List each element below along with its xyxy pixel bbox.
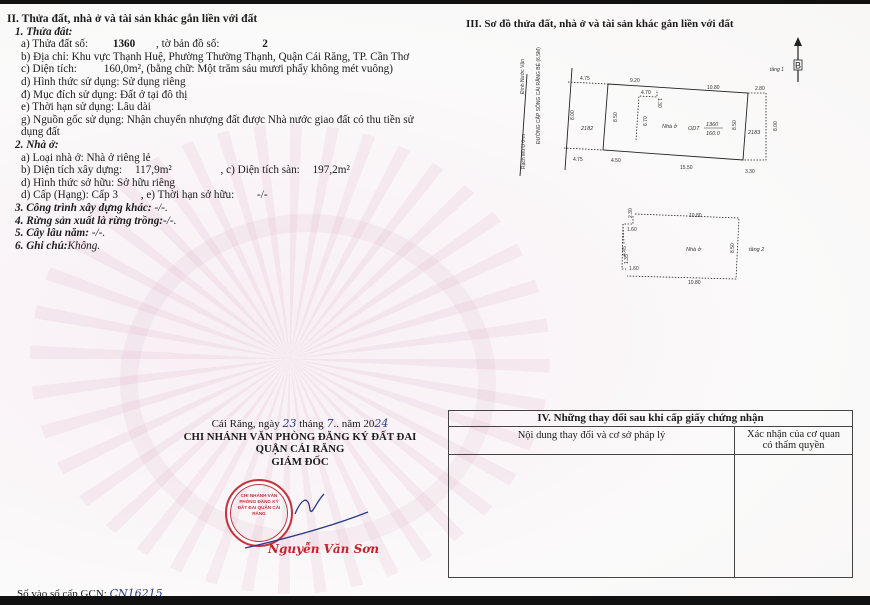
forest: 4. Rừng sản xuất là rừng trồng:-/-. <box>15 215 437 228</box>
svg-text:4.70: 4.70 <box>641 90 651 96</box>
section4-title: IV. Những thay đổi sau khi cấp giấy chứn… <box>449 411 852 427</box>
svg-text:8.00: 8.00 <box>570 110 576 120</box>
note: 6. Ghi chú:Không. <box>15 240 437 253</box>
svg-text:160.0: 160.0 <box>706 131 721 137</box>
signer-name: Nguyễn Văn Sơn <box>268 542 379 556</box>
area-label: c) Diện tích: <box>21 63 77 75</box>
svg-text:2182: 2182 <box>580 126 593 132</box>
changes-table: IV. Những thay đổi sau khi cấp giấy chứn… <box>448 410 853 578</box>
svg-text:2.80: 2.80 <box>755 86 765 92</box>
svg-text:Nhà ở: Nhà ở <box>686 246 702 253</box>
svg-text:Nhà ở: Nhà ở <box>662 123 678 130</box>
map-number: 2 <box>262 38 268 50</box>
svg-text:10.80: 10.80 <box>689 213 702 219</box>
grade-label: d) Cấp (Hạng): Cấp 3 <box>21 189 118 201</box>
col-confirmation: Xác nhận của cơ quan có thẩm quyền <box>735 427 852 454</box>
parcel-label: a) Thửa đất số: <box>21 38 88 50</box>
director-title: GIÁM ĐỐC <box>150 456 450 469</box>
ownership-row: d) Hình thức sở hữu: Sở hữu riêng <box>21 177 437 190</box>
perennial: 5. Cây lâu năm: -/-. <box>15 227 437 240</box>
floor-area-value: 197,2m² <box>313 164 350 176</box>
build-area-row: b) Diện tích xây dựng: 117,9m² , c) Diện… <box>21 164 437 177</box>
svg-text:8.50: 8.50 <box>730 243 736 253</box>
table-body <box>449 455 852 578</box>
build-area-label: b) Diện tích xây dựng: <box>21 164 122 176</box>
section2-title: II. Thửa đất, nhà ở và tài sản khác gắn … <box>7 13 437 26</box>
svg-text:ĐƯỜNG CẶP SÔNG CÁI RĂNG BÉ (6,: ĐƯỜNG CẶP SÔNG CÁI RĂNG BÉ (6,5M) <box>535 47 542 144</box>
svg-text:3.30: 3.30 <box>745 169 755 175</box>
svg-text:B: B <box>795 61 801 71</box>
svg-text:ODT: ODT <box>688 126 700 132</box>
svg-text:1.35: 1.35 <box>624 254 630 264</box>
svg-text:10.80: 10.80 <box>688 280 701 286</box>
area-row: c) Diện tích: 160,0m², (bằng chữ: Một tr… <box>21 63 437 76</box>
table-header: Nội dung thay đổi và cơ sở pháp lý Xác n… <box>449 427 852 455</box>
parcel-diagram: B Đình Nước Vận ĐƯỜNG CẶP SÔNG CÁI RĂNG … <box>440 34 870 304</box>
own-term-label: , e) Thời hạn sở hữu: <box>141 189 235 201</box>
svg-text:8.50: 8.50 <box>613 112 619 122</box>
cell-changes <box>449 455 735 578</box>
svg-text:2.30: 2.30 <box>628 208 634 218</box>
gcn-number: CN16215 <box>110 587 163 596</box>
svg-text:1.60: 1.60 <box>629 266 639 272</box>
svg-text:Đình Nước Vận: Đình Nước Vận <box>520 59 526 94</box>
issuing-office: CHI NHÁNH VĂN PHÒNG ĐĂNG KÝ ĐẤT ĐAI <box>150 431 450 444</box>
build-area-value: 117,9m² <box>135 164 172 176</box>
svg-text:4.75: 4.75 <box>573 157 583 163</box>
other-works: 3. Công trình xây dựng khác: -/-. <box>15 202 437 215</box>
svg-text:1.30: 1.30 <box>656 98 662 108</box>
svg-text:8.50: 8.50 <box>732 120 738 130</box>
land-heading: 1. Thửa đất: <box>15 26 437 39</box>
certificate-page: II. Thửa đất, nhà ở và tài sản khác gắn … <box>0 4 870 596</box>
svg-text:tầng 1: tầng 1 <box>770 67 784 73</box>
bottom-edge <box>0 596 870 605</box>
term-row: e) Thời hạn sử dụng: Lâu dài <box>21 101 437 114</box>
svg-text:10.80: 10.80 <box>707 85 720 91</box>
section-land-house: II. Thửa đất, nhà ở và tài sản khác gắn … <box>7 13 437 252</box>
north-arrow-icon: B <box>794 37 802 82</box>
origin-row: g) Nguồn gốc sử dụng: Nhận chuyển nhượng… <box>21 114 416 139</box>
cell-confirmation <box>735 455 852 578</box>
purpose-row: đ) Mục đích sử dụng: Đất ở tại đô thị <box>21 89 437 102</box>
date-month: 7 <box>326 417 333 430</box>
svg-text:Rạch Mù U 0-m: Rạch Mù U 0-m <box>521 134 527 169</box>
svg-text:1.60: 1.60 <box>627 227 637 233</box>
area-value: 160,0m², (bằng chữ: Một trăm sáu mươi ph… <box>104 63 393 75</box>
map-label: , tờ bản đồ số: <box>156 38 219 50</box>
svg-text:4.75: 4.75 <box>580 76 590 82</box>
svg-text:tầng 2: tầng 2 <box>749 247 764 253</box>
floor-area-label: , c) Diện tích sàn: <box>221 164 300 176</box>
parcel-number: 1360 <box>113 38 135 50</box>
address-row: b) Địa chỉ: Khu vực Thạnh Huệ, Phường Th… <box>21 51 437 64</box>
col-changes: Nội dung thay đổi và cơ sở pháp lý <box>449 427 735 454</box>
gcn-label: Số vào sổ cấp GCN: <box>17 588 107 596</box>
issuing-district: QUẬN CÁI RĂNG <box>150 443 450 456</box>
section3-title: III. Sơ đồ thửa đất, nhà ở và tài sản kh… <box>466 18 734 30</box>
house-type-row: a) Loại nhà ở: Nhà ở riêng lẻ <box>21 152 437 165</box>
svg-text:2183: 2183 <box>747 130 761 136</box>
svg-text:9.20: 9.20 <box>630 78 640 84</box>
svg-text:15.50: 15.50 <box>680 165 693 171</box>
date-day: 23 <box>282 417 296 430</box>
svg-text:8.00: 8.00 <box>773 121 779 131</box>
svg-text:1360: 1360 <box>706 122 719 128</box>
use-form-row: d) Hình thức sử dụng: Sử dụng riêng <box>21 76 437 89</box>
svg-text:4.50: 4.50 <box>611 158 621 164</box>
signature-block: Cái Răng, ngày 23 tháng 7.. năm 2024 CHI… <box>150 418 450 468</box>
house-heading: 2. Nhà ở: <box>15 139 437 152</box>
gcn-entry: Số vào sổ cấp GCN: CN16215 <box>17 587 163 596</box>
place-date: Cái Răng, ngày 23 tháng 7.. năm 2024 <box>150 418 450 431</box>
grade-row: d) Cấp (Hạng): Cấp 3 , e) Thời hạn sở hữ… <box>21 189 437 202</box>
own-term-value: -/- <box>257 189 268 201</box>
svg-text:6.70: 6.70 <box>643 116 649 126</box>
parcel-row: a) Thửa đất số: 1360 , tờ bản đồ số: 2 <box>21 38 437 51</box>
date-year: 24 <box>374 417 388 430</box>
